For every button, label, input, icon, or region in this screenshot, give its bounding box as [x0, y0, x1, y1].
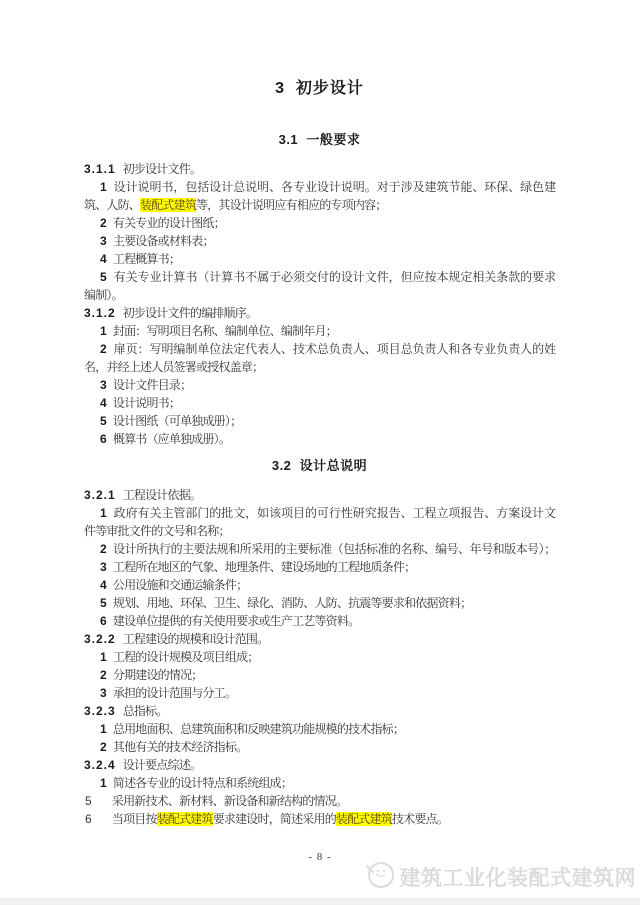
clause-label: 3.2.2: [84, 632, 116, 646]
text-run: 3.2 设计总说明: [272, 458, 367, 473]
doc-line: 2扉页：写明编制单位法定代表人、技术总负责人、项目总负责人和各专业负责人的姓: [84, 340, 555, 358]
text-run: 设计图纸（可单独成册）；: [113, 414, 241, 428]
doc-title: 3 初步设计: [84, 78, 555, 100]
item-number: 1: [100, 650, 106, 664]
doc-line: 2设计所执行的主要法规和所采用的主要标准（包括标准的名称、编号、年号和版本号）；: [84, 540, 555, 558]
text-run: 总用地面积、总建筑面积和反映建筑功能规模的技术指标；: [113, 722, 404, 736]
doc-line: 4公用设施和交通运输条件；: [84, 576, 555, 594]
item-number: 1: [100, 324, 106, 338]
text-run: 有关专业的设计图纸；: [113, 216, 225, 230]
text-run: 当项目按: [112, 812, 157, 826]
text-run: 等，其设计说明应有相应的专项内容；: [196, 198, 386, 212]
doc-line: 6当项目按装配式建筑要求建设时，简述采用的装配式建筑技术要点。: [84, 810, 555, 828]
text-run: 初步设计文件的编排顺序。: [123, 306, 257, 320]
item-number: 1: [100, 506, 106, 520]
section-heading: 3.1 一般要求: [84, 131, 555, 149]
doc-line: 1政府有关主管部门的批文，如该项目的可行性研究报告、工程立项报告、方案设计文: [84, 504, 555, 522]
item-number: 1: [100, 722, 106, 736]
item-number: 2: [100, 542, 106, 556]
doc-line: 3.2.2工程建设的规模和设计范围。: [84, 630, 555, 648]
text-run: 设计说明书，包括设计总说明、各专业设计说明。对于涉及建筑节能、环保、绿色建: [113, 180, 555, 194]
text-run: 3.1 一般要求: [279, 132, 361, 147]
text-run: 设计说明书；: [113, 396, 180, 410]
highlighted-term: 装配式建筑: [336, 812, 392, 826]
text-run: 3 初步设计: [275, 80, 364, 97]
doc-line: 3.2.3总指标。: [84, 702, 555, 720]
doc-line: 3.1.2初步设计文件的编排顺序。: [84, 304, 555, 322]
clause-label: 3.2.3: [84, 704, 116, 718]
watermark: 建筑工业化装配式建筑网: [363, 857, 637, 896]
doc-line: 1简述各专业的设计特点和系统组成；: [84, 774, 555, 792]
text-run: 有关专业计算书（计算书不属于必须交付的设计文件，但应按本规定相关条款的要求: [113, 270, 555, 284]
text-run: 总指标。: [123, 704, 168, 718]
item-number: 4: [100, 252, 106, 266]
doc-line: 3.1.1初步设计文件。: [84, 160, 555, 178]
item-number: 3: [100, 560, 106, 574]
doc-line: 5采用新技术、新材料、新设备和新结构的情况。: [84, 792, 555, 810]
item-number: 5: [100, 270, 106, 284]
text-run: 公用设施和交通运输条件；: [113, 578, 247, 592]
text-run: 初步设计文件。: [123, 162, 201, 176]
doc-line: 1工程的设计规模及项目组成；: [84, 648, 555, 666]
text-run: 工程概算书；: [113, 252, 180, 266]
doc-line: 2其他有关的技术经济指标。: [84, 738, 555, 756]
text-run: 简述各专业的设计特点和系统组成；: [113, 776, 292, 790]
watermark-text: 建筑工业化装配式建筑网: [400, 862, 637, 892]
bottom-edge-band: [0, 898, 640, 905]
highlighted-term: 装配式建筑: [140, 198, 196, 212]
item-number: 5: [100, 414, 106, 428]
text-run: 政府有关主管部门的批文，如该项目的可行性研究报告、工程立项报告、方案设计文: [113, 506, 555, 520]
doc-line: 5规划、用地、环保、卫生、绿化、消防、人防、抗震等要求和依据资料；: [84, 594, 555, 612]
text-run: 其他有关的技术经济指标。: [113, 740, 247, 754]
item-number: 6: [100, 432, 106, 446]
doc-line: 3工程所在地区的气象、地理条件、建设场地的工程地质条件；: [84, 558, 555, 576]
doc-line: 2有关专业的设计图纸；: [84, 214, 555, 232]
item-number: 6: [85, 812, 91, 826]
clause-label: 3.1.2: [84, 306, 116, 320]
text-run: 工程所在地区的气象、地理条件、建设场地的工程地质条件；: [113, 560, 415, 574]
text-run: 设计要点综述。: [123, 758, 201, 772]
clause-label: 3.1.1: [84, 162, 116, 176]
text-run: 工程建设的规模和设计范围。: [123, 632, 269, 646]
doc-line: 2分期建设的情况；: [84, 666, 555, 684]
item-number: 4: [100, 578, 106, 592]
text-run: 技术要点。: [392, 812, 448, 826]
item-number: 1: [100, 776, 106, 790]
doc-line: 3.2.1工程设计依据。: [84, 486, 555, 504]
text-run: 规划、用地、环保、卫生、绿化、消防、人防、抗震等要求和依据资料；: [113, 596, 471, 610]
text-run: 设计文件目录；: [113, 378, 191, 392]
text-run: 扉页：写明编制单位法定代表人、技术总负责人、项目总负责人和各专业负责人的姓: [113, 342, 555, 356]
text-run: 承担的设计范围与分工。: [113, 686, 236, 700]
doc-line: 1总用地面积、总建筑面积和反映建筑功能规模的技术指标；: [84, 720, 555, 738]
doc-line: 3主要设备或材料表；: [84, 232, 555, 250]
watermark-logo-icon: [363, 857, 397, 896]
text-run: 概算书（应单独成册）。: [113, 432, 230, 446]
doc-line: 6概算书（应单独成册）。: [84, 430, 555, 448]
text-run: 分期建设的情况；: [113, 668, 203, 682]
section-heading: 3.2 设计总说明: [84, 457, 555, 475]
text-run: 采用新技术、新材料、新设备和新结构的情况。: [112, 794, 347, 808]
item-number: 5: [100, 596, 106, 610]
document-content: 3 初步设计3.1 一般要求3.1.1初步设计文件。1设计说明书，包括设计总说明…: [84, 78, 555, 828]
item-number: 4: [100, 396, 106, 410]
clause-label: 3.2.4: [84, 758, 116, 772]
text-run: 要求建设时，简述采用的: [213, 812, 336, 826]
text-run: 工程的设计规模及项目组成；: [113, 650, 259, 664]
item-number: 3: [100, 234, 106, 248]
item-number: 1: [100, 180, 106, 194]
item-number: 3: [100, 686, 106, 700]
doc-line: 3.2.4设计要点综述。: [84, 756, 555, 774]
item-number: 2: [100, 668, 106, 682]
doc-line: 3承担的设计范围与分工。: [84, 684, 555, 702]
doc-line: 筑、人防、装配式建筑等，其设计说明应有相应的专项内容；: [84, 196, 555, 214]
doc-line: 1设计说明书，包括设计总说明、各专业设计说明。对于涉及建筑节能、环保、绿色建: [84, 178, 555, 196]
text-run: 筑、人防、: [84, 198, 140, 212]
text-run: 建设单位提供的有关使用要求或生产工艺等资料。: [113, 614, 359, 628]
item-number: 3: [100, 378, 106, 392]
doc-line: 编制）。: [84, 286, 555, 304]
doc-line: 4设计说明书；: [84, 394, 555, 412]
doc-line: 件等审批文件的文号和名称；: [84, 522, 555, 540]
document-page: 3 初步设计3.1 一般要求3.1.1初步设计文件。1设计说明书，包括设计总说明…: [0, 0, 640, 905]
highlighted-term: 装配式建筑: [157, 812, 213, 826]
text-run: 名，并经上述人员签署或授权盖章；: [84, 360, 263, 374]
item-number: 2: [100, 216, 106, 230]
text-run: 主要设备或材料表；: [113, 234, 214, 248]
item-number: 5: [85, 794, 91, 808]
text-run: 工程设计依据。: [123, 488, 201, 502]
doc-line: 5有关专业计算书（计算书不属于必须交付的设计文件，但应按本规定相关条款的要求: [84, 268, 555, 286]
clause-label: 3.2.1: [84, 488, 116, 502]
doc-line: 3设计文件目录；: [84, 376, 555, 394]
doc-line: 6建设单位提供的有关使用要求或生产工艺等资料。: [84, 612, 555, 630]
doc-line: 5设计图纸（可单独成册）；: [84, 412, 555, 430]
item-number: 2: [100, 342, 106, 356]
doc-line: 1封面：写明项目名称、编制单位、编制年月；: [84, 322, 555, 340]
item-number: 2: [100, 740, 106, 754]
text-run: 件等审批文件的文号和名称；: [84, 524, 230, 538]
doc-line: 名，并经上述人员签署或授权盖章；: [84, 358, 555, 376]
item-number: 6: [100, 614, 106, 628]
text-run: 设计所执行的主要法规和所采用的主要标准（包括标准的名称、编号、年号和版本号）；: [113, 542, 555, 556]
text-run: 封面：写明项目名称、编制单位、编制年月；: [113, 324, 337, 338]
doc-line: 4工程概算书；: [84, 250, 555, 268]
text-run: 编制）。: [84, 288, 123, 302]
